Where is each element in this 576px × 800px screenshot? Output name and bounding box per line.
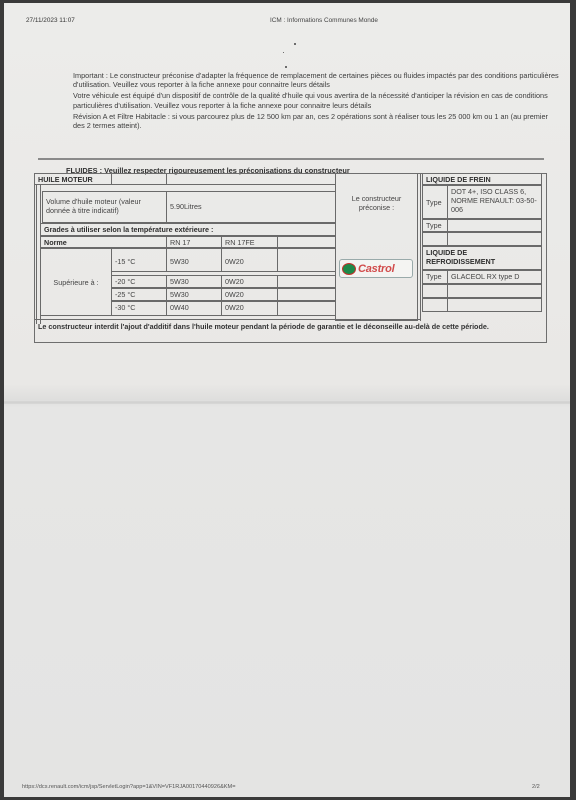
section-divider bbox=[38, 158, 544, 160]
print-datetime: 27/11/2023 11:07 bbox=[26, 17, 75, 24]
note-revision: Révision A et Filtre Habitacle : si vous… bbox=[73, 112, 561, 130]
printed-page: 27/11/2023 11:07 ICM : Informations Comm… bbox=[4, 3, 570, 797]
note-important: Important : Le constructeur préconise d'… bbox=[73, 71, 561, 89]
page-number: 2/2 bbox=[532, 784, 540, 790]
speck bbox=[294, 43, 296, 45]
additive-warning: Le constructeur interdit l'ajout d'addit… bbox=[38, 322, 542, 332]
intro-notes: Important : Le constructeur préconise d'… bbox=[73, 71, 561, 132]
note-oil-quality: Votre véhicule est équipé d'un dispositi… bbox=[73, 91, 561, 109]
footer-url: https://dcs.renault.com/icm/jsp/ServletL… bbox=[22, 784, 235, 790]
paper-fold bbox=[4, 401, 570, 405]
speck bbox=[283, 52, 284, 53]
fluids-table bbox=[34, 173, 547, 343]
page-header-title: ICM : Informations Communes Monde bbox=[270, 17, 378, 24]
speck bbox=[285, 66, 287, 68]
